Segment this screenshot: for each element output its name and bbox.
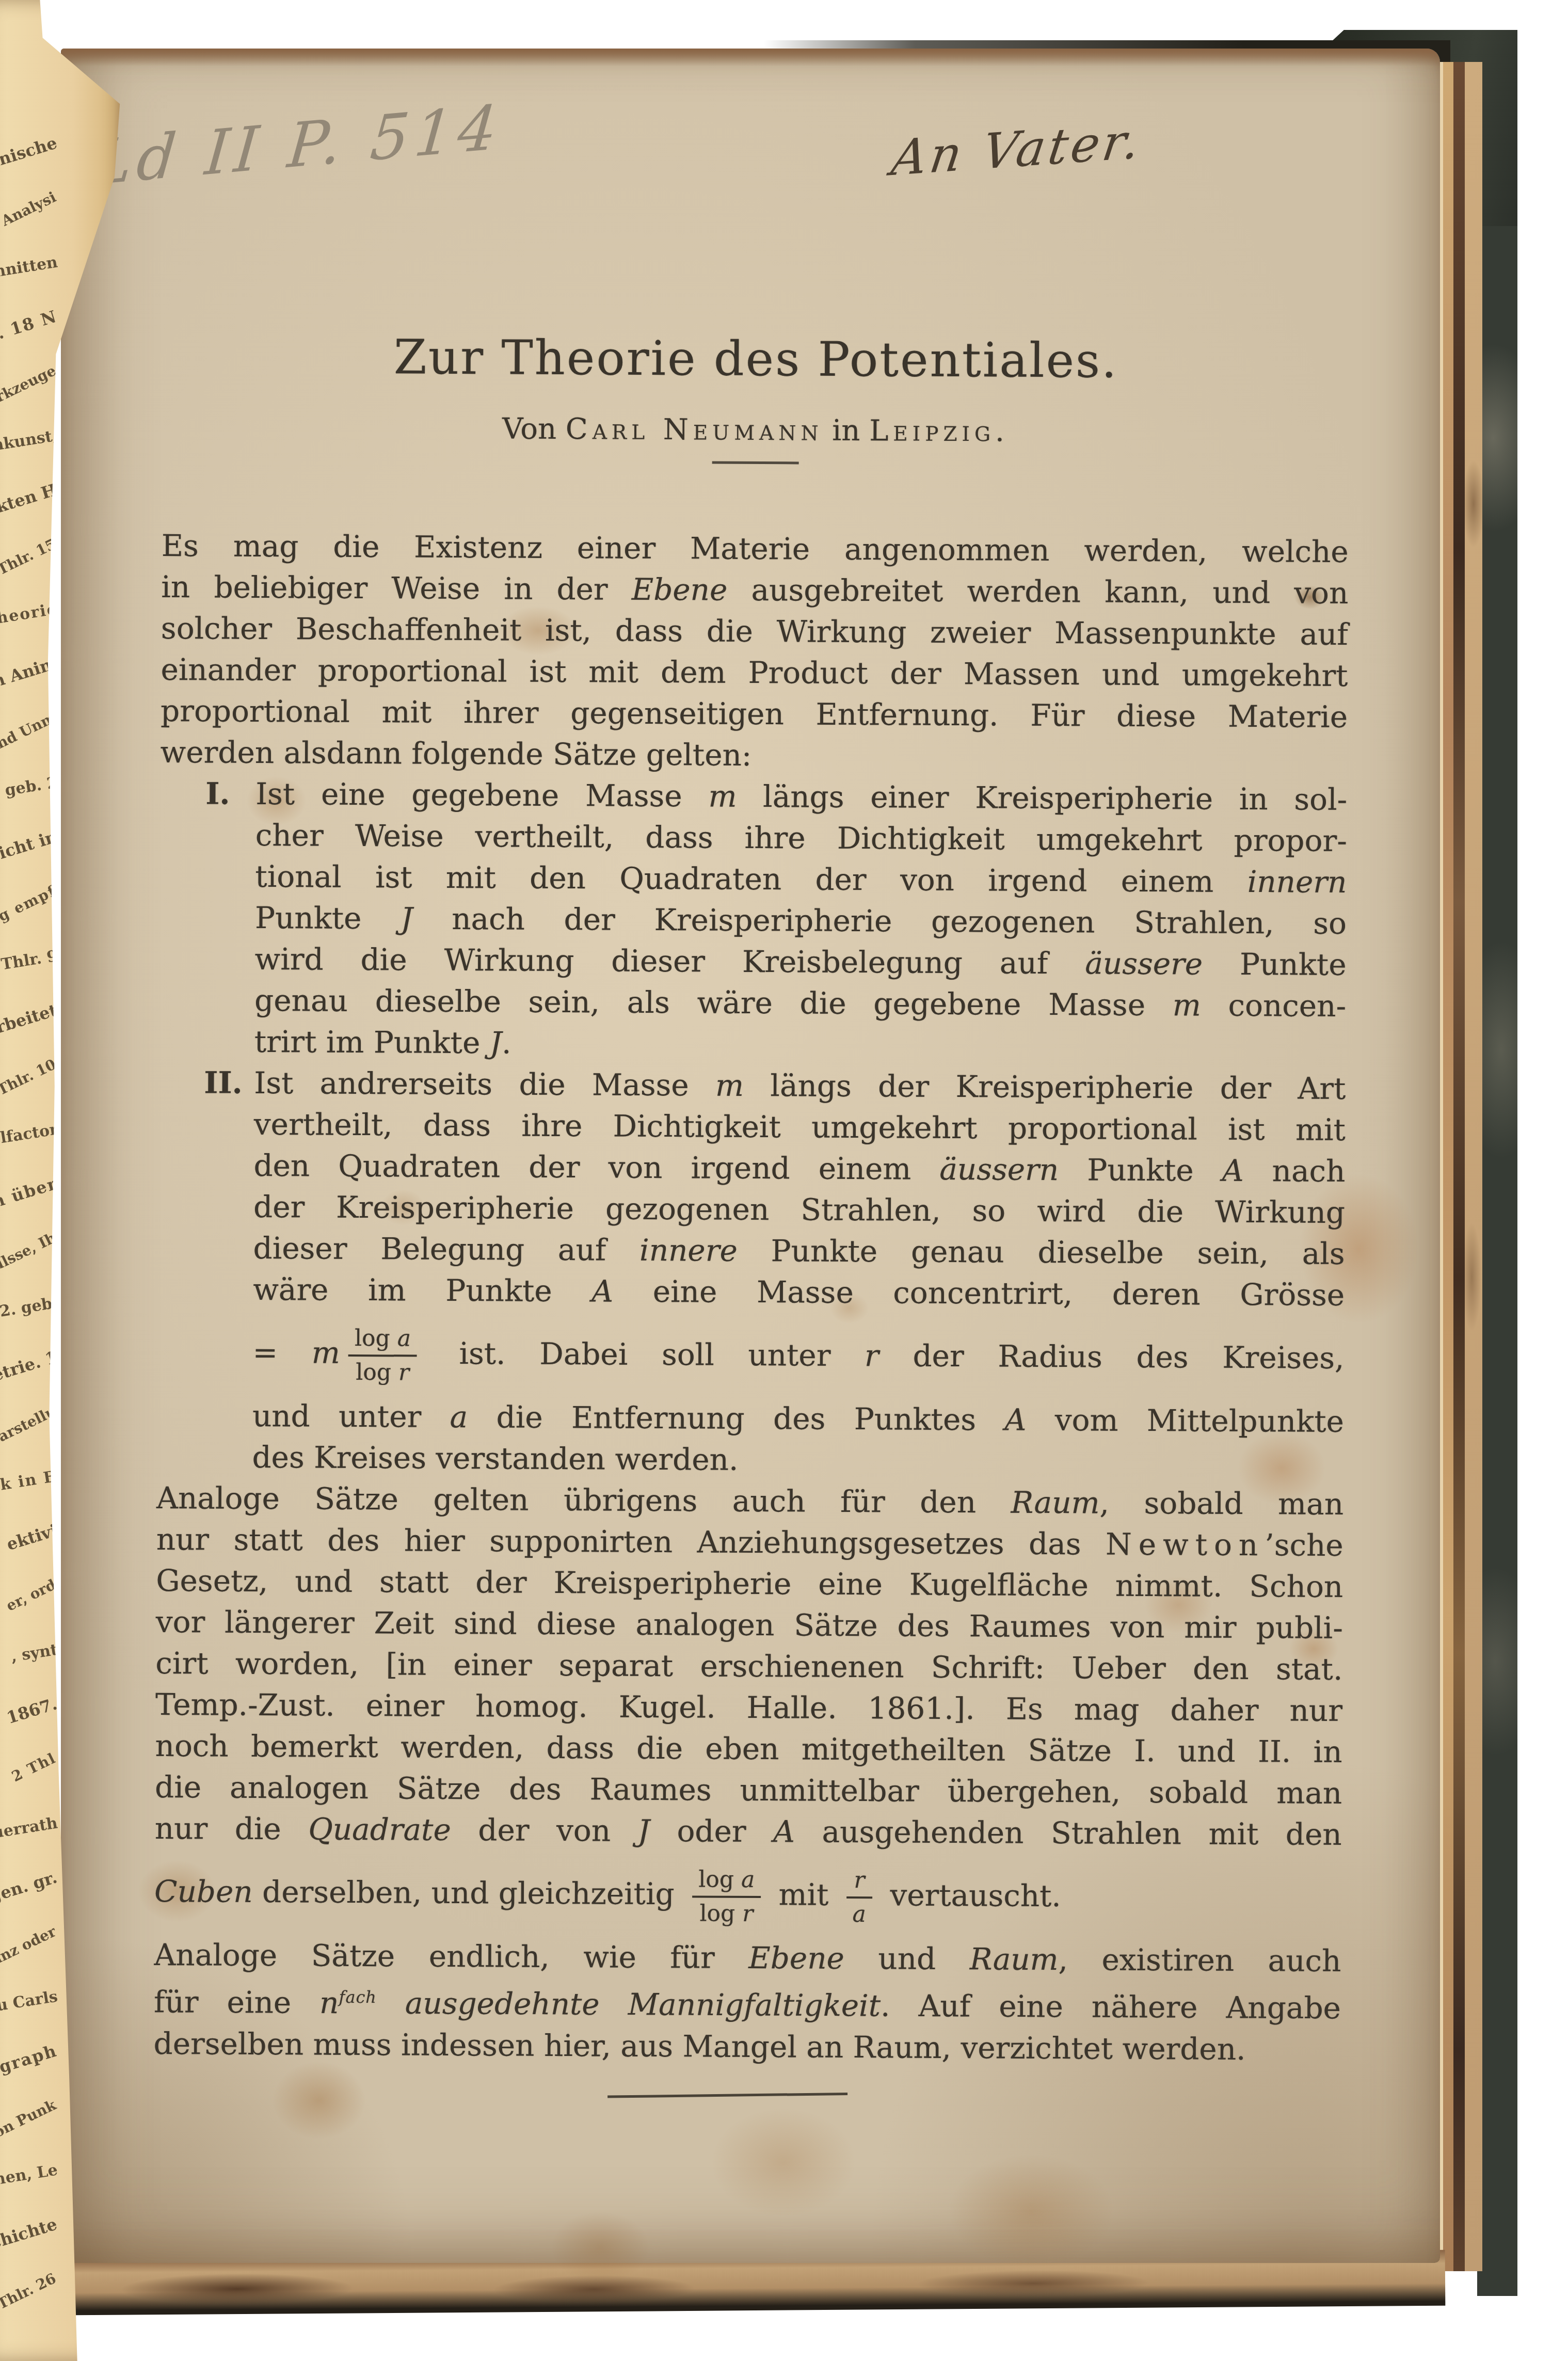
text-line: cirt worden, [in einer separat erschiene… <box>155 1642 1342 1690</box>
text-line: des Kreises verstanden werden. <box>252 1437 1343 1483</box>
adjacent-page-fragment: Steuerrath <box>0 1794 62 1860</box>
text-line: nur die Quadrate der von J oder A ausgeh… <box>155 1808 1342 1855</box>
text-line: derselben muss indessen hier, aus Mangel… <box>153 2022 1340 2070</box>
cover-board <box>1477 30 1517 2296</box>
byline-von: Von <box>502 412 556 446</box>
text-line: Es mag die Existenz einer Materie angeno… <box>162 525 1349 572</box>
text-line: cher Weise vertheilt, dass ihre Dichtigk… <box>255 815 1347 862</box>
paragraph-intro: Es mag die Existenz einer Materie angeno… <box>161 525 1349 779</box>
fraction: ra <box>846 1868 872 1928</box>
text-line: trirt im Punkte J. <box>254 1021 1346 1068</box>
theorem-item-2-lines: Ist andrerseits die Masse m längs der Kr… <box>252 1062 1346 1483</box>
theorem-item-1: I. Ist eine gegebene Masse m längs einer… <box>159 773 1348 1068</box>
text-line: und unter a die Entfernung des Punktes A… <box>252 1395 1344 1442</box>
text-line: Ist eine gegebene Masse m längs einer Kr… <box>255 773 1347 820</box>
page-edge-strip-torn <box>1453 62 1465 2271</box>
adjacent-page-fragment: 61. geb. 2 <box>0 754 62 820</box>
text-line: den Quadraten der von irgend einem äusse… <box>253 1145 1345 1192</box>
byline-place: Leipzig. <box>869 414 1009 448</box>
article-body: Es mag die Existenz einer Materie angeno… <box>153 525 1349 2099</box>
adjacent-page-fragment: der Theorie <box>0 580 62 646</box>
byline-author: Carl Neumann <box>566 412 823 448</box>
text-line: Cuben derselben, und gleichzeitig log al… <box>154 1849 1342 1940</box>
text-line: für eine nfach ausgedehnte Mannigfaltigk… <box>154 1975 1341 2029</box>
text-line: nur statt des hier supponirten Anziehung… <box>156 1519 1343 1566</box>
article-title: Zur Theorie des Potentiales. <box>162 330 1349 388</box>
fraction: log alog r <box>692 1867 761 1927</box>
text-line: solcher Beschaffenheit ist, dass die Wir… <box>161 608 1348 655</box>
adjacent-page-fragment: 1 Thlr. 9 <box>0 927 62 993</box>
paragraph-raum: Analoge Sätze gelten übrigens auch für d… <box>154 1477 1344 1940</box>
adjacent-page-fragment: atik in B <box>0 1447 62 1513</box>
text-line: werden alsdann folgende Sätze gelten: <box>161 731 1348 779</box>
article-byline: Von Carl Neumann in Leipzig. <box>162 411 1349 450</box>
text-line: genau dieselbe sein, als wäre die gegebe… <box>254 980 1346 1027</box>
adjacent-page-fragment: zschnitten <box>0 233 62 299</box>
theorem-item-1-lines: Ist eine gegebene Masse m längs einer Kr… <box>254 773 1348 1068</box>
text-line: Punkte J nach der Kreisperipherie gezoge… <box>255 897 1347 944</box>
text-line: in beliebiger Weise in der Ebene ausgebr… <box>161 566 1348 614</box>
adjacent-page-fragment: Aachen, Le <box>0 2141 62 2207</box>
text-line: Analoge Sätze gelten übrigens auch für d… <box>156 1477 1343 1525</box>
text-line: vor längerer Zeit sind diese analogen Sä… <box>156 1601 1343 1649</box>
text-line: dieser Belegung auf innere Punkte genau … <box>253 1227 1345 1274</box>
text-line: proportional mit ihrer gegenseitigen Ent… <box>161 690 1348 738</box>
text-line: Ist andrerseits die Masse m längs der Kr… <box>254 1062 1346 1109</box>
text-line: wird die Wirkung dieser Kreisbelegung au… <box>254 938 1346 985</box>
foxing-spot <box>711 2108 856 2216</box>
text-line: einander proportional ist mit dem Produc… <box>161 649 1348 696</box>
closing-rule <box>607 2092 847 2098</box>
book-page: Ld II P. 514 An Vater. Zur Theorie des P… <box>61 49 1440 2263</box>
list-item-marker: I. <box>205 773 230 815</box>
text-line: wäre im Punkte A eine Masse concentrirt,… <box>253 1269 1345 1316</box>
adjacent-page-fragment: 862. geb. <box>0 1274 62 1340</box>
article: Zur Theorie des Potentiales. Von Carl Ne… <box>153 330 1350 2100</box>
text-line: tional ist mit den Quadraten der von irg… <box>255 856 1347 903</box>
text-line: = mlog alog r ist. Dabei soll unter r de… <box>252 1310 1345 1401</box>
photo-background: { "theme": { "photo_background": "#fffff… <box>0 0 1568 2361</box>
foxing-spot <box>949 2155 1114 2268</box>
fraction: log alog r <box>348 1325 418 1386</box>
theorem-item-2: II. Ist andrerseits die Masse m längs de… <box>156 1062 1346 1483</box>
adjacent-page-fragment: , synt <box>0 1621 62 1687</box>
paragraph-mannigfaltigkeit: Analoge Sätze endlich, wie für Ebene und… <box>153 1934 1341 2070</box>
handwriting-ink: An Vater. <box>888 113 1146 187</box>
adjacent-page-fragment: eichenkunst, <box>0 407 62 473</box>
byline-in: in <box>832 414 860 448</box>
adjacent-page-fragments: lytechnischen AnalysizschnittenThlr. 18 … <box>0 122 58 2319</box>
text-line: noch bemerkt werden, dass die eben mitge… <box>155 1725 1342 1773</box>
text-line: Gesetz, und statt der Kreisperipherie ei… <box>156 1560 1343 1607</box>
page-edge-strip <box>1465 62 1482 2271</box>
page-edge-strip <box>1443 62 1453 2271</box>
adjacent-page-fragment: ule zu Carls <box>0 1968 62 2034</box>
handwriting-pencil: Ld II P. 514 <box>88 91 505 199</box>
text-line: Temp.-Zust. einer homog. Kugel. Halle. 1… <box>155 1684 1342 1731</box>
adjacent-page-fragment: Selfactor <box>0 1100 62 1167</box>
list-item-marker: II. <box>204 1062 243 1104</box>
text-line: Analoge Sätze endlich, wie für Ebene und… <box>154 1934 1341 1982</box>
byline-rule <box>712 461 799 465</box>
text-line: die analogen Sätze des Raumes unmittelba… <box>155 1766 1342 1814</box>
text-line: vertheilt, dass ihre Dichtigkeit umgekeh… <box>254 1104 1346 1151</box>
text-line: der Kreisperipherie gezogenen Strahlen, … <box>253 1186 1345 1233</box>
